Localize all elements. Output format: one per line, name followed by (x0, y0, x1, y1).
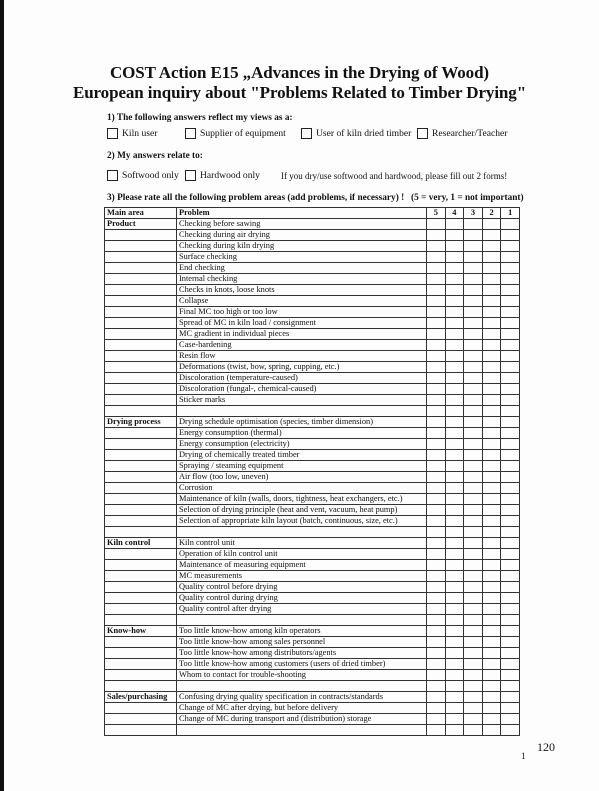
rating-cell-1[interactable] (501, 648, 520, 659)
rating-cell-1[interactable] (501, 505, 520, 516)
rating-cell-2[interactable] (482, 516, 501, 527)
rating-cell-1[interactable] (501, 318, 520, 329)
rating-cell-5[interactable] (427, 362, 446, 373)
rating-cell-4[interactable] (445, 219, 464, 230)
rating-cell-4[interactable] (445, 450, 464, 461)
scan-edge (0, 0, 4, 791)
rating-cell-4[interactable] (445, 538, 464, 549)
rating-cell-2[interactable] (482, 340, 501, 351)
option-user-of-kiln-dried-timber[interactable]: User of kiln dried timber (301, 128, 411, 139)
rating-cell-4[interactable] (445, 307, 464, 318)
rating-cell-4[interactable] (445, 483, 464, 494)
rating-cell-5[interactable] (427, 538, 446, 549)
rating-cell-4[interactable] (445, 351, 464, 362)
rating-cell-4[interactable] (445, 725, 464, 736)
problem-cell: Quality control before drying (177, 582, 427, 593)
rating-cell-5[interactable] (427, 384, 446, 395)
main-area-cell: Drying process (105, 417, 177, 428)
rating-cell-4[interactable] (445, 340, 464, 351)
table-row: Selection of appropriate kiln layout (ba… (105, 516, 520, 527)
rating-cell-1[interactable] (501, 659, 520, 670)
option-supplier-of-equipment[interactable]: Supplier of equipment (185, 128, 286, 139)
table-row: Checks in knots, loose knots (105, 285, 520, 296)
rating-cell-2[interactable] (482, 659, 501, 670)
rating-cell-5[interactable] (427, 494, 446, 505)
rating-cell-4[interactable] (445, 263, 464, 274)
table-row: Drying of chemically treated timber (105, 450, 520, 461)
rating-cell-4[interactable] (445, 604, 464, 615)
rating-cell-5[interactable] (427, 307, 446, 318)
rating-cell-3[interactable] (464, 406, 483, 417)
main-area-cell (105, 593, 177, 604)
rating-cell-3[interactable] (464, 571, 483, 582)
table-row: Collapse (105, 296, 520, 307)
rating-cell-1[interactable] (501, 417, 520, 428)
main-area-cell (105, 516, 177, 527)
rating-cell-4[interactable] (445, 384, 464, 395)
rating-cell-4[interactable] (445, 241, 464, 252)
rating-cell-4[interactable] (445, 648, 464, 659)
rating-cell-5[interactable] (427, 406, 446, 417)
rating-cell-5[interactable] (427, 593, 446, 604)
rating-cell-1[interactable] (501, 527, 520, 538)
rating-cell-3[interactable] (464, 505, 483, 516)
rating-cell-5[interactable] (427, 450, 446, 461)
rating-cell-5[interactable] (427, 560, 446, 571)
rating-cell-4[interactable] (445, 560, 464, 571)
rating-cell-5[interactable] (427, 549, 446, 560)
rating-cell-5[interactable] (427, 296, 446, 307)
rating-cell-3[interactable] (464, 439, 483, 450)
rating-cell-1[interactable] (501, 296, 520, 307)
checkbox-icon[interactable] (417, 128, 428, 139)
rating-cell-5[interactable] (427, 604, 446, 615)
rating-cell-5[interactable] (427, 318, 446, 329)
rating-cell-5[interactable] (427, 373, 446, 384)
rating-cell-3[interactable] (464, 252, 483, 263)
rating-cell-4[interactable] (445, 274, 464, 285)
rating-cell-1[interactable] (501, 681, 520, 692)
rating-cell-2[interactable] (482, 593, 501, 604)
problem-cell: Checks in knots, loose knots (177, 285, 427, 296)
rating-cell-3[interactable] (464, 494, 483, 505)
rating-cell-1[interactable] (501, 494, 520, 505)
rating-cell-3[interactable] (464, 241, 483, 252)
table-row (105, 615, 520, 626)
rating-cell-3[interactable] (464, 725, 483, 736)
rating-cell-3[interactable] (464, 593, 483, 604)
rating-cell-5[interactable] (427, 439, 446, 450)
option-researcher-teacher[interactable]: Researcher/Teacher (417, 128, 508, 139)
rating-cell-2[interactable] (482, 351, 501, 362)
rating-cell-3[interactable] (464, 714, 483, 725)
rating-cell-1[interactable] (501, 329, 520, 340)
rating-cell-3[interactable] (464, 626, 483, 637)
rating-cell-4[interactable] (445, 329, 464, 340)
rating-cell-1[interactable] (501, 461, 520, 472)
rating-cell-3[interactable] (464, 274, 483, 285)
rating-cell-2[interactable] (482, 714, 501, 725)
rating-cell-2[interactable] (482, 241, 501, 252)
rating-cell-1[interactable] (501, 395, 520, 406)
rating-cell-3[interactable] (464, 296, 483, 307)
rating-cell-4[interactable] (445, 659, 464, 670)
rating-cell-4[interactable] (445, 549, 464, 560)
rating-cell-1[interactable] (501, 362, 520, 373)
page-subtitle: European inquiry about "Problems Related… (0, 83, 599, 103)
rating-cell-2[interactable] (482, 527, 501, 538)
rating-cell-3[interactable] (464, 681, 483, 692)
rating-cell-1[interactable] (501, 549, 520, 560)
rating-cell-1[interactable] (501, 725, 520, 736)
rating-cell-4[interactable] (445, 593, 464, 604)
main-area-cell: Know-how (105, 626, 177, 637)
rating-cell-3[interactable] (464, 417, 483, 428)
rating-cell-1[interactable] (501, 714, 520, 725)
rating-cell-5[interactable] (427, 472, 446, 483)
checkbox-icon[interactable] (185, 128, 196, 139)
rating-cell-5[interactable] (427, 428, 446, 439)
rating-cell-4[interactable] (445, 406, 464, 417)
rating-cell-4[interactable] (445, 472, 464, 483)
rating-cell-1[interactable] (501, 516, 520, 527)
option-label: Supplier of equipment (200, 128, 286, 139)
rating-cell-3[interactable] (464, 516, 483, 527)
option-kiln-user[interactable]: Kiln user (107, 128, 157, 139)
rating-cell-5[interactable] (427, 461, 446, 472)
header-score-3: 3 (464, 208, 483, 219)
main-area-cell (105, 395, 177, 406)
rating-cell-5[interactable] (427, 615, 446, 626)
rating-cell-5[interactable] (427, 714, 446, 725)
rating-cell-2[interactable] (482, 505, 501, 516)
table-row (105, 527, 520, 538)
rating-cell-1[interactable] (501, 219, 520, 230)
rating-cell-3[interactable] (464, 560, 483, 571)
rating-cell-2[interactable] (482, 296, 501, 307)
problem-cell: Checking during air drying (177, 230, 427, 241)
rating-cell-5[interactable] (427, 241, 446, 252)
table-row: Final MC too high or too low (105, 307, 520, 318)
rating-cell-1[interactable] (501, 439, 520, 450)
rating-cell-2[interactable] (482, 285, 501, 296)
rating-cell-2[interactable] (482, 571, 501, 582)
rating-cell-2[interactable] (482, 274, 501, 285)
rating-cell-3[interactable] (464, 692, 483, 703)
rating-cell-4[interactable] (445, 571, 464, 582)
rating-cell-3[interactable] (464, 670, 483, 681)
checkbox-icon[interactable] (107, 170, 118, 181)
problem-cell: Discoloration (fungal-, chemical-caused) (177, 384, 427, 395)
rating-cell-1[interactable] (501, 406, 520, 417)
rating-cell-2[interactable] (482, 648, 501, 659)
rating-cell-4[interactable] (445, 681, 464, 692)
rating-cell-4[interactable] (445, 527, 464, 538)
rating-cell-2[interactable] (482, 318, 501, 329)
rating-cell-3[interactable] (464, 648, 483, 659)
rating-cell-1[interactable] (501, 692, 520, 703)
rating-cell-1[interactable] (501, 571, 520, 582)
rating-cell-2[interactable] (482, 384, 501, 395)
rating-cell-4[interactable] (445, 417, 464, 428)
rating-cell-2[interactable] (482, 439, 501, 450)
problem-cell[interactable] (177, 406, 427, 417)
problem-cell: End checking (177, 263, 427, 274)
checkbox-icon[interactable] (185, 170, 196, 181)
rating-cell-2[interactable] (482, 582, 501, 593)
rating-cell-3[interactable] (464, 362, 483, 373)
rating-cell-4[interactable] (445, 516, 464, 527)
rating-cell-4[interactable] (445, 615, 464, 626)
option-softwood-only[interactable]: Softwood only (107, 170, 179, 181)
rating-cell-2[interactable] (482, 494, 501, 505)
rating-cell-3[interactable] (464, 384, 483, 395)
rating-cell-5[interactable] (427, 351, 446, 362)
main-area-cell (105, 527, 177, 538)
rating-cell-3[interactable] (464, 637, 483, 648)
rating-cell-5[interactable] (427, 681, 446, 692)
rating-cell-3[interactable] (464, 615, 483, 626)
problem-cell: Deformations (twist, bow, spring, cuppin… (177, 362, 427, 373)
rating-cell-2[interactable] (482, 615, 501, 626)
rating-cell-3[interactable] (464, 329, 483, 340)
rating-cell-5[interactable] (427, 329, 446, 340)
rating-cell-3[interactable] (464, 318, 483, 329)
two-forms-note: If you dry/use softwood and hardwood, pl… (281, 171, 507, 181)
checkbox-icon[interactable] (107, 128, 118, 139)
rating-cell-5[interactable] (427, 582, 446, 593)
rating-cell-3[interactable] (464, 307, 483, 318)
rating-cell-5[interactable] (427, 483, 446, 494)
rating-cell-1[interactable] (501, 670, 520, 681)
rating-cell-3[interactable] (464, 582, 483, 593)
rating-cell-3[interactable] (464, 538, 483, 549)
rating-cell-5[interactable] (427, 516, 446, 527)
rating-cell-4[interactable] (445, 296, 464, 307)
table-row: Kiln controlKiln control unit (105, 538, 520, 549)
rating-cell-1[interactable] (501, 274, 520, 285)
rating-cell-1[interactable] (501, 626, 520, 637)
rating-cell-1[interactable] (501, 560, 520, 571)
rating-cell-4[interactable] (445, 582, 464, 593)
main-area-cell (105, 582, 177, 593)
checkbox-icon[interactable] (301, 128, 312, 139)
rating-cell-5[interactable] (427, 703, 446, 714)
main-area-cell (105, 670, 177, 681)
problem-cell[interactable] (177, 527, 427, 538)
rating-cell-2[interactable] (482, 681, 501, 692)
rating-cell-5[interactable] (427, 626, 446, 637)
rating-cell-1[interactable] (501, 307, 520, 318)
rating-cell-4[interactable] (445, 626, 464, 637)
rating-cell-2[interactable] (482, 692, 501, 703)
rating-cell-1[interactable] (501, 582, 520, 593)
rating-cell-5[interactable] (427, 417, 446, 428)
rating-cell-1[interactable] (501, 593, 520, 604)
option-hardwood-only[interactable]: Hardwood only (185, 170, 260, 181)
problem-cell: Surface checking (177, 252, 427, 263)
rating-cell-2[interactable] (482, 637, 501, 648)
rating-cell-1[interactable] (501, 472, 520, 483)
rating-cell-1[interactable] (501, 351, 520, 362)
rating-cell-2[interactable] (482, 604, 501, 615)
rating-cell-1[interactable] (501, 615, 520, 626)
header-problem: Problem (177, 208, 427, 219)
rating-cell-4[interactable] (445, 318, 464, 329)
rating-cell-2[interactable] (482, 483, 501, 494)
rating-cell-3[interactable] (464, 450, 483, 461)
rating-cell-1[interactable] (501, 373, 520, 384)
rating-cell-4[interactable] (445, 670, 464, 681)
rating-cell-3[interactable] (464, 395, 483, 406)
rating-cell-2[interactable] (482, 406, 501, 417)
rating-cell-2[interactable] (482, 538, 501, 549)
rating-cell-1[interactable] (501, 483, 520, 494)
rating-cell-5[interactable] (427, 692, 446, 703)
problem-cell[interactable] (177, 681, 427, 692)
rating-cell-4[interactable] (445, 373, 464, 384)
rating-cell-5[interactable] (427, 252, 446, 263)
rating-cell-4[interactable] (445, 252, 464, 263)
rating-cell-1[interactable] (501, 450, 520, 461)
rating-cell-4[interactable] (445, 428, 464, 439)
question-2-label: 2) My answers relate to: (107, 151, 203, 161)
rating-cell-1[interactable] (501, 538, 520, 549)
rating-cell-5[interactable] (427, 219, 446, 230)
rating-cell-4[interactable] (445, 494, 464, 505)
problem-cell: Drying of chemically treated timber (177, 450, 427, 461)
main-area-cell (105, 274, 177, 285)
rating-cell-3[interactable] (464, 461, 483, 472)
rating-cell-4[interactable] (445, 714, 464, 725)
rating-cell-3[interactable] (464, 263, 483, 274)
rating-cell-4[interactable] (445, 461, 464, 472)
rating-cell-2[interactable] (482, 329, 501, 340)
rating-cell-1[interactable] (501, 230, 520, 241)
rating-cell-4[interactable] (445, 230, 464, 241)
rating-cell-5[interactable] (427, 285, 446, 296)
rating-cell-2[interactable] (482, 230, 501, 241)
rating-cell-2[interactable] (482, 395, 501, 406)
table-row: Too little know-how among sales personne… (105, 637, 520, 648)
rating-cell-1[interactable] (501, 703, 520, 714)
rating-cell-2[interactable] (482, 263, 501, 274)
rating-cell-3[interactable] (464, 483, 483, 494)
rating-cell-4[interactable] (445, 692, 464, 703)
rating-cell-2[interactable] (482, 626, 501, 637)
rating-cell-3[interactable] (464, 230, 483, 241)
rating-cell-3[interactable] (464, 472, 483, 483)
rating-cell-1[interactable] (501, 252, 520, 263)
rating-cell-3[interactable] (464, 549, 483, 560)
rating-cell-3[interactable] (464, 527, 483, 538)
rating-cell-2[interactable] (482, 307, 501, 318)
rating-cell-3[interactable] (464, 659, 483, 670)
main-area-cell (105, 505, 177, 516)
rating-cell-1[interactable] (501, 263, 520, 274)
rating-cell-3[interactable] (464, 351, 483, 362)
rating-cell-2[interactable] (482, 549, 501, 560)
rating-cell-2[interactable] (482, 362, 501, 373)
rating-cell-3[interactable] (464, 604, 483, 615)
rating-cell-5[interactable] (427, 670, 446, 681)
rating-cell-5[interactable] (427, 648, 446, 659)
rating-cell-1[interactable] (501, 285, 520, 296)
rating-cell-1[interactable] (501, 340, 520, 351)
rating-cell-3[interactable] (464, 340, 483, 351)
rating-cell-4[interactable] (445, 285, 464, 296)
rating-cell-3[interactable] (464, 219, 483, 230)
rating-cell-2[interactable] (482, 450, 501, 461)
rating-cell-5[interactable] (427, 725, 446, 736)
problem-cell[interactable] (177, 725, 427, 736)
rating-cell-4[interactable] (445, 637, 464, 648)
rating-cell-5[interactable] (427, 505, 446, 516)
table-row (105, 725, 520, 736)
table-row: Selection of drying principle (heat and … (105, 505, 520, 516)
problem-cell: Sticker marks (177, 395, 427, 406)
rating-cell-4[interactable] (445, 395, 464, 406)
rating-cell-5[interactable] (427, 274, 446, 285)
rating-cell-2[interactable] (482, 461, 501, 472)
rating-cell-4[interactable] (445, 703, 464, 714)
page-title: COST Action E15 „Advances in the Drying … (0, 63, 599, 83)
rating-cell-5[interactable] (427, 263, 446, 274)
rating-cell-2[interactable] (482, 670, 501, 681)
rating-cell-2[interactable] (482, 252, 501, 263)
rating-cell-1[interactable] (501, 604, 520, 615)
rating-cell-1[interactable] (501, 241, 520, 252)
rating-cell-3[interactable] (464, 373, 483, 384)
main-area-cell: Sales/purchasing (105, 692, 177, 703)
main-area-cell (105, 472, 177, 483)
main-area-cell (105, 450, 177, 461)
rating-cell-2[interactable] (482, 472, 501, 483)
rating-cell-4[interactable] (445, 505, 464, 516)
rating-cell-5[interactable] (427, 230, 446, 241)
rating-cell-2[interactable] (482, 703, 501, 714)
rating-cell-1[interactable] (501, 428, 520, 439)
rating-cell-5[interactable] (427, 659, 446, 670)
rating-cell-2[interactable] (482, 373, 501, 384)
rating-cell-3[interactable] (464, 428, 483, 439)
question-1-label: 1) The following answers reflect my view… (107, 113, 293, 123)
rating-cell-1[interactable] (501, 637, 520, 648)
rating-cell-4[interactable] (445, 439, 464, 450)
rating-cell-5[interactable] (427, 571, 446, 582)
rating-cell-5[interactable] (427, 340, 446, 351)
rating-cell-4[interactable] (445, 362, 464, 373)
rating-cell-2[interactable] (482, 560, 501, 571)
table-row: Spraying / steaming equipment (105, 461, 520, 472)
table-row: Quality control before drying (105, 582, 520, 593)
main-area-cell (105, 285, 177, 296)
main-area-cell: Product (105, 219, 177, 230)
main-area-cell: Kiln control (105, 538, 177, 549)
rating-cell-2[interactable] (482, 417, 501, 428)
rating-cell-3[interactable] (464, 285, 483, 296)
rating-cell-3[interactable] (464, 703, 483, 714)
problem-cell[interactable] (177, 615, 427, 626)
rating-cell-5[interactable] (427, 527, 446, 538)
rating-table: Main area Problem 5 4 3 2 1 ProductCheck… (104, 207, 520, 736)
rating-cell-5[interactable] (427, 395, 446, 406)
rating-cell-5[interactable] (427, 637, 446, 648)
rating-cell-2[interactable] (482, 219, 501, 230)
rating-cell-2[interactable] (482, 428, 501, 439)
rating-cell-2[interactable] (482, 725, 501, 736)
rating-cell-1[interactable] (501, 384, 520, 395)
